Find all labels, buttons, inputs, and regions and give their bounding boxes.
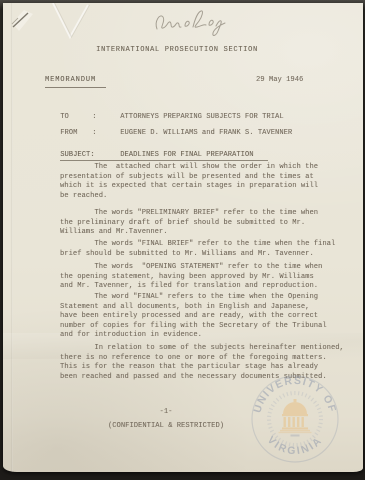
body-paragraph-1: The attached chart will show the order i… bbox=[60, 163, 328, 201]
body-paragraph-4: The words "OPENING STATEMENT" refer to t… bbox=[60, 263, 328, 292]
field-label-from: FROM bbox=[60, 129, 92, 139]
field-label-subject: SUBJECT: bbox=[60, 151, 120, 162]
memo-label: MEMORANDUM bbox=[45, 76, 106, 88]
crease-v-mark bbox=[47, 3, 93, 43]
staple-mark bbox=[9, 8, 41, 36]
letterhead-title: INTERNATIONAL PROSECUTION SECTION bbox=[3, 46, 351, 56]
seal-arc-bottom-text: VIRGINIA bbox=[265, 434, 325, 457]
uva-watermark-seal: UNIVERSITY OF VIRGINIA bbox=[245, 369, 345, 469]
scanned-memo-page: { "document": { "handwriting_annotation"… bbox=[0, 0, 365, 480]
body-paragraph-3: The words "FINAL BRIEF" refer to the tim… bbox=[60, 240, 328, 259]
svg-text:VIRGINIA: VIRGINIA bbox=[265, 434, 325, 457]
paper-sheet: INTERNATIONAL PROSECUTION SECTION MEMORA… bbox=[3, 3, 363, 472]
field-value-from: EUGENE D. WILLIAMS and FRANK S. TAVENNER bbox=[120, 129, 292, 137]
body-paragraph-2: The words "PRELIMINARY BRIEF" refer to t… bbox=[60, 209, 328, 238]
field-separator: : bbox=[92, 129, 120, 139]
handwritten-annotation bbox=[149, 8, 233, 40]
field-value-subject: DEADLINES FOR FINAL PREPARATION bbox=[120, 151, 267, 161]
memo-date: 29 May 1946 bbox=[256, 76, 303, 86]
rotunda-icon bbox=[279, 399, 312, 433]
body-paragraph-5: The word "FINAL" refers to the time when… bbox=[60, 293, 328, 341]
seal-banner bbox=[291, 435, 300, 437]
vertical-fold-crease bbox=[11, 3, 13, 472]
